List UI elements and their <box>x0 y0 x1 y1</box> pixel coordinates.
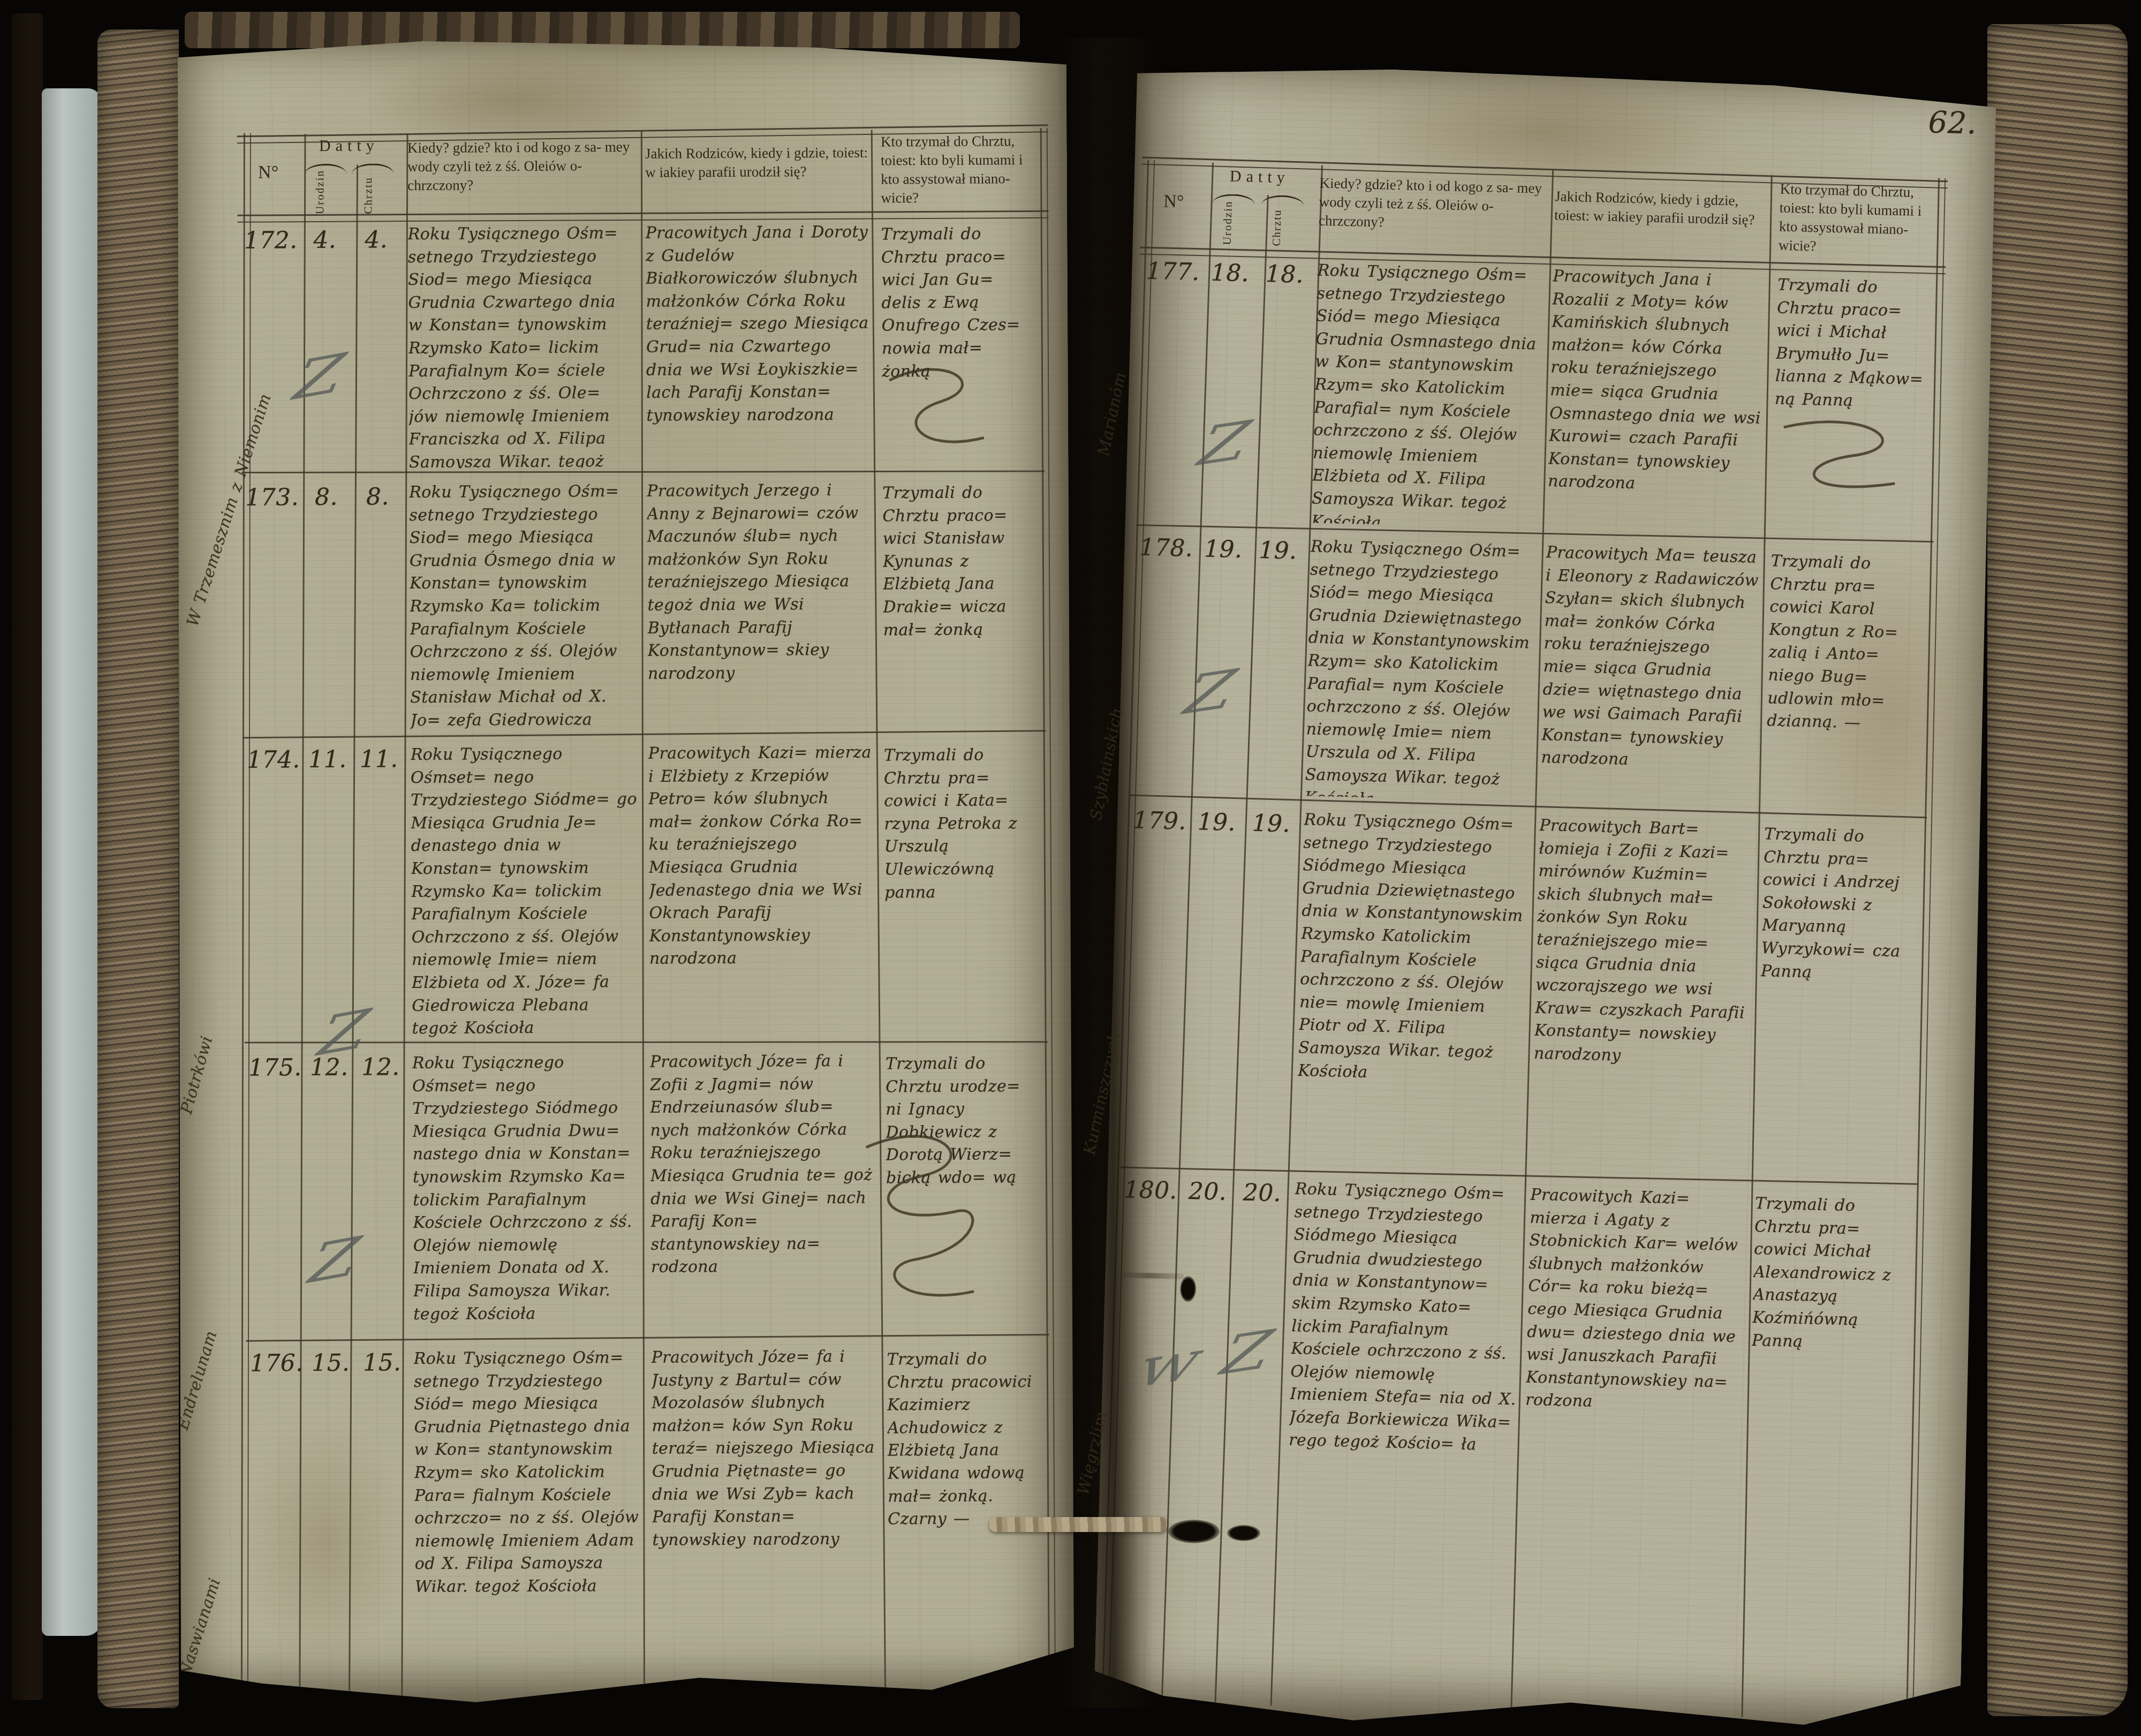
table-left-border <box>241 133 251 1697</box>
birth-date: 15. <box>308 1349 354 1377</box>
header-datty: Datty <box>1208 167 1311 187</box>
column-rule-baptism <box>641 131 645 1695</box>
baptism-cell: Roku Tysiącznego Ośmset= nego Trzydziest… <box>411 743 639 1038</box>
header-chrztu: Chrztu <box>361 171 375 214</box>
header-urodzin: Urodzin <box>1221 202 1235 245</box>
record-no: 174. <box>247 746 300 774</box>
ink-flourish <box>881 359 994 462</box>
margin-note: Endrelunam <box>173 1329 221 1432</box>
parents-cell: Pracowitych Józe= fa i Justyny z Bartul=… <box>652 1346 877 1689</box>
birth-date: 18. <box>1205 259 1255 287</box>
pencil-checkmark: Z <box>1172 661 1247 723</box>
row-rule <box>246 1334 1049 1342</box>
page-stack-edge-right <box>1987 24 2128 1716</box>
header-baptism-col: Kiedy? gdzie? kto i od kogo z sa- mey wo… <box>1318 174 1543 236</box>
birth-date: 19. <box>1191 808 1242 836</box>
baptism-cell: Roku Tysiącznego Ośm= setnego Trzydziest… <box>408 222 636 469</box>
baptism-date: 19. <box>1253 537 1302 565</box>
column-rule-no <box>1161 163 1214 1703</box>
parents-cell: Pracowitych Ma= teusza i Eleonory z Rada… <box>1540 541 1763 807</box>
godparents-cell: Trzymali do Chrztu pra= cowici Michał Al… <box>1743 1192 1910 1705</box>
margin-note: Piotrkówi <box>177 1034 217 1116</box>
baptism-date: 15. <box>359 1349 405 1376</box>
baptism-date: 19. <box>1247 810 1296 838</box>
baptism-date: 11. <box>356 745 402 773</box>
row-rule <box>243 730 1046 738</box>
parents-cell: Pracowitych Kazi= mierza i Agaty z Stobn… <box>1518 1184 1747 1703</box>
header-godparents-col: Kto trzymał do Chrztu, toiest: kto byli … <box>1779 180 1936 259</box>
baptism-date: 8. <box>354 483 400 510</box>
pencil-checkmark: Z <box>283 344 355 409</box>
record-no: 173. <box>245 484 299 511</box>
header-bottom-rule <box>238 210 1049 223</box>
page-number: 62. <box>1928 105 1977 141</box>
baptism-cell: Roku Tysiącznego Ośm= setnego Trzydziest… <box>409 480 637 731</box>
record-no: 176. <box>250 1349 304 1377</box>
baptism-cell: Roku Tysiącznego Ośm= setnego Trzydziest… <box>1305 535 1538 801</box>
baptism-cell: Roku Tysiącznego Ośm= setnego Trzydziest… <box>414 1347 642 1690</box>
baptism-cell: Roku Tysiącznego Ośm= setnego Trzydziest… <box>1283 1178 1522 1697</box>
parents-cell: Pracowitych Jana i Rozalii z Moty= ków K… <box>1547 265 1769 534</box>
page-stack-edge-left <box>97 29 179 1708</box>
paper-stain <box>244 1412 406 1670</box>
birth-date: 12. <box>306 1054 352 1081</box>
paper-tear <box>1180 1276 1197 1302</box>
godparents-cell: Trzymali do Chrztu pra= cowici i Andrzej… <box>1756 823 1919 1180</box>
birth-date: 19. <box>1198 535 1249 563</box>
row-rule <box>241 470 1045 473</box>
parents-cell: Pracowitych Jana i Doroty z Gudelów Biał… <box>646 221 871 467</box>
row-rule <box>245 1041 1048 1043</box>
baptism-date: 18. <box>1260 260 1309 289</box>
header-no: N° <box>1145 191 1202 213</box>
parents-cell: Pracowitych Jerzego i Anny z Bejnarowi= … <box>647 479 872 730</box>
header-datty: Datty <box>300 137 398 155</box>
header-no: N° <box>241 162 295 183</box>
birth-date: 8. <box>303 484 349 511</box>
header-parents-col: Jakich Rodziców, kiedy i gdzie, toiest: … <box>1554 187 1769 230</box>
birth-date: 20. <box>1182 1178 1233 1206</box>
baptism-date: 4. <box>353 226 399 253</box>
baptism-cell: Roku Tysiącznego Ośm= setnego Trzydziest… <box>1311 259 1545 528</box>
baptism-cell: Roku Tysiącznego Ośm= setnego Trzydziest… <box>1296 809 1531 1171</box>
column-rule-chrztu <box>401 133 408 1696</box>
godparents-cell: Trzymali do Chrztu pra= cowici i Kata= r… <box>884 744 1042 1037</box>
header-urodzin: Urodzin <box>313 171 327 214</box>
parents-cell: Pracowitych Bart= łomieja i Zofii z Kazi… <box>1531 814 1756 1176</box>
header-chrztu: Chrztu <box>1270 203 1284 246</box>
godparents-cell: Trzymali do Chrztu praco= wici Stanisław… <box>882 481 1040 729</box>
thread-hole <box>1168 1520 1220 1543</box>
godparents-cell: Trzymali do Chrztu pra= cowici Karol Kon… <box>1765 550 1925 811</box>
header-godparents-col: Kto trzymał do Chrztu, toiest: kto byli … <box>881 132 1042 208</box>
baptism-date: 12. <box>358 1053 404 1081</box>
record-no: 175. <box>248 1054 302 1082</box>
page-stack-edge-top <box>185 12 1020 48</box>
binding-thread <box>989 1517 1167 1532</box>
parents-cell: Pracowitych Józe= fa i Zofii z Jagmi= nó… <box>650 1050 875 1334</box>
ink-flourish <box>850 1125 990 1318</box>
header-parents-col: Jakich Rodziców, kiedy i gdzie, toiest: … <box>645 144 868 182</box>
birth-date: 4. <box>302 227 348 254</box>
baptism-date: 20. <box>1238 1179 1287 1207</box>
register-page-left: N° Datty Urodzin Chrztu Kiedy? gdzie? kt… <box>172 38 1075 1711</box>
pencil-checkmark: Z <box>298 1228 370 1293</box>
book-cover-edge <box>12 13 43 1700</box>
record-no: 172. <box>244 227 298 254</box>
parents-cell: Pracowitych Kazi= mierza i Elżbiety z Kr… <box>648 742 874 1037</box>
header-baptism-col: Kiedy? gdzie? kto i od kogo z sa- mey wo… <box>407 138 633 195</box>
register-page-right: N° Datty Urodzin Chrztu Kiedy? gdzie? kt… <box>1094 63 2000 1736</box>
thread-hole <box>1227 1525 1260 1541</box>
birth-date: 11. <box>305 746 351 773</box>
column-rule-urodzin <box>349 165 358 1696</box>
pencil-checkmark: Z <box>1187 412 1262 475</box>
baptism-cell: Roku Tysiącznego Ośmset= nego Trzydziest… <box>412 1051 641 1335</box>
book-gutter <box>1057 37 1154 1708</box>
tissue-interleaf-strip <box>42 88 102 1636</box>
ink-flourish <box>1760 411 1923 505</box>
